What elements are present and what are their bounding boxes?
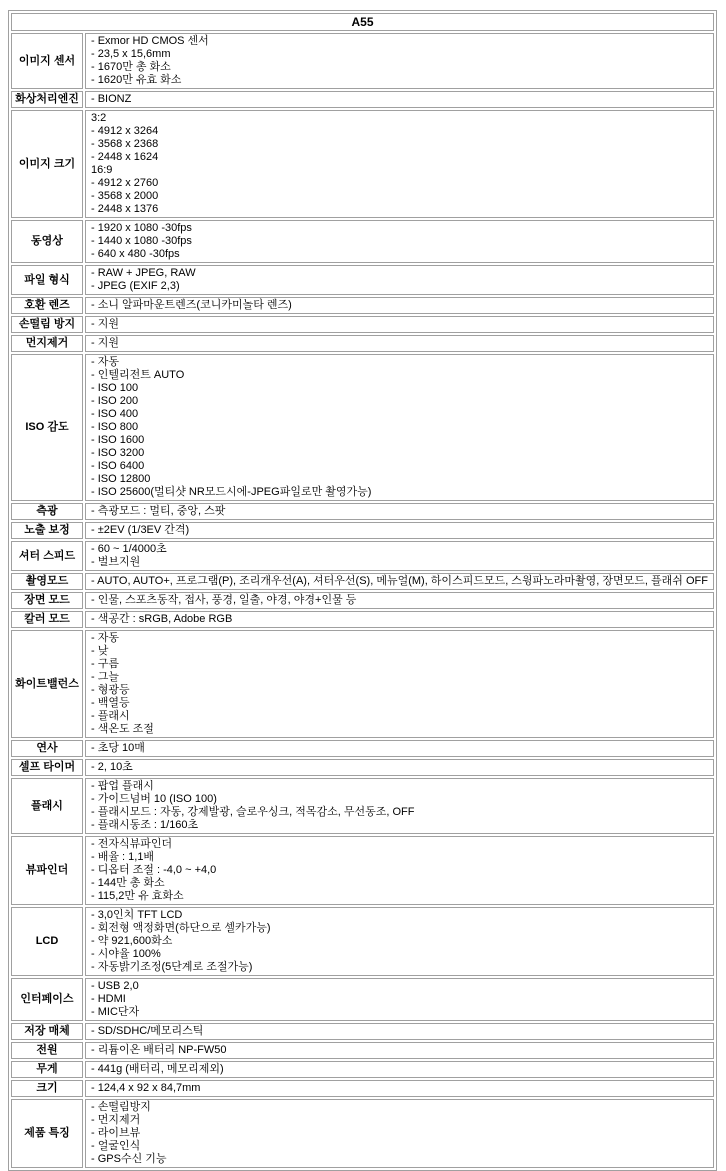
spec-value: - 인물, 스포츠동작, 접사, 풍경, 일출, 야경, 야경+인물 등 bbox=[85, 592, 714, 609]
spec-value: - 자동 - 낮 - 구름 - 그늘 - 형광등 - 백열등 - 플래시 - 색… bbox=[85, 630, 714, 738]
spec-label: 동영상 bbox=[11, 220, 83, 263]
spec-label: 저장 매체 bbox=[11, 1023, 83, 1040]
spec-row: 저장 매체- SD/SDHC/메모리스틱 bbox=[11, 1023, 714, 1040]
spec-row: 칼러 모드- 색공간 : sRGB, Adobe RGB bbox=[11, 611, 714, 628]
spec-row: 뷰파인더- 전자식뷰파인더 - 배율 : 1,1배 - 디옵터 조절 : -4,… bbox=[11, 836, 714, 905]
spec-value: - 441g (배터리, 메모리제외) bbox=[85, 1061, 714, 1078]
spec-row: 인터페이스- USB 2,0 - HDMI - MIC단자 bbox=[11, 978, 714, 1021]
spec-value: - 리튬이온 배터리 NP-FW50 bbox=[85, 1042, 714, 1059]
spec-label: 인터페이스 bbox=[11, 978, 83, 1021]
spec-value: - 전자식뷰파인더 - 배율 : 1,1배 - 디옵터 조절 : -4,0 ~ … bbox=[85, 836, 714, 905]
spec-value: - 색공간 : sRGB, Adobe RGB bbox=[85, 611, 714, 628]
spec-row: 크기- 124,4 x 92 x 84,7mm bbox=[11, 1080, 714, 1097]
spec-row: 플래시- 팝업 플래시 - 가이드넘버 10 (ISO 100) - 플래시모드… bbox=[11, 778, 714, 834]
camera-spec-table: A55 이미지 센서- Exmor HD CMOS 센서 - 23,5 x 15… bbox=[8, 10, 717, 1171]
spec-value: - 지원 bbox=[85, 335, 714, 352]
spec-row: 호환 렌즈- 소니 알파마운트렌즈(코니카미놀타 렌즈) bbox=[11, 297, 714, 314]
spec-label: 연사 bbox=[11, 740, 83, 757]
spec-label: 호환 렌즈 bbox=[11, 297, 83, 314]
spec-label: 이미지 크기 bbox=[11, 110, 83, 218]
spec-row: 파일 형식- RAW + JPEG, RAW - JPEG (EXIF 2,3) bbox=[11, 265, 714, 295]
spec-value: - USB 2,0 - HDMI - MIC단자 bbox=[85, 978, 714, 1021]
spec-label: 장면 모드 bbox=[11, 592, 83, 609]
spec-row: 측광- 측광모드 : 멀티, 중앙, 스팟 bbox=[11, 503, 714, 520]
spec-table-head: A55 bbox=[11, 13, 714, 31]
spec-label: 손떨림 방지 bbox=[11, 316, 83, 333]
spec-label: 제품 특징 bbox=[11, 1099, 83, 1168]
spec-value: - AUTO, AUTO+, 프로그램(P), 조리개우선(A), 셔터우선(S… bbox=[85, 573, 714, 590]
spec-value: - RAW + JPEG, RAW - JPEG (EXIF 2,3) bbox=[85, 265, 714, 295]
spec-row: LCD- 3,0인치 TFT LCD - 회전형 액정화면(하단으로 셀카가능)… bbox=[11, 907, 714, 976]
spec-label: 먼지제거 bbox=[11, 335, 83, 352]
spec-value: - BIONZ bbox=[85, 91, 714, 108]
spec-value: - 소니 알파마운트렌즈(코니카미놀타 렌즈) bbox=[85, 297, 714, 314]
spec-label: 파일 형식 bbox=[11, 265, 83, 295]
spec-label: 셔터 스피드 bbox=[11, 541, 83, 571]
spec-label: LCD bbox=[11, 907, 83, 976]
spec-row: 노출 보정- ±2EV (1/3EV 간격) bbox=[11, 522, 714, 539]
spec-value: - 측광모드 : 멀티, 중앙, 스팟 bbox=[85, 503, 714, 520]
spec-row: 화상처리엔진- BIONZ bbox=[11, 91, 714, 108]
spec-value: - 3,0인치 TFT LCD - 회전형 액정화면(하단으로 셀카가능) - … bbox=[85, 907, 714, 976]
model-title: A55 bbox=[11, 13, 714, 31]
spec-row: 연사- 초당 10매 bbox=[11, 740, 714, 757]
spec-label: 무게 bbox=[11, 1061, 83, 1078]
spec-row: 동영상- 1920 x 1080 -30fps - 1440 x 1080 -3… bbox=[11, 220, 714, 263]
spec-label: 플래시 bbox=[11, 778, 83, 834]
spec-value: - SD/SDHC/메모리스틱 bbox=[85, 1023, 714, 1040]
spec-value: - 자동 - 인텔리전트 AUTO - ISO 100 - ISO 200 - … bbox=[85, 354, 714, 501]
spec-label: 노출 보정 bbox=[11, 522, 83, 539]
spec-row: 손떨림 방지- 지원 bbox=[11, 316, 714, 333]
spec-label: 뷰파인더 bbox=[11, 836, 83, 905]
spec-value: - 60 ~ 1/4000초 - 벌브지원 bbox=[85, 541, 714, 571]
spec-row: 먼지제거- 지원 bbox=[11, 335, 714, 352]
spec-label: 셀프 타이머 bbox=[11, 759, 83, 776]
spec-row: 촬영모드- AUTO, AUTO+, 프로그램(P), 조리개우선(A), 셔터… bbox=[11, 573, 714, 590]
spec-row: 이미지 크기3:2 - 4912 x 3264 - 3568 x 2368 - … bbox=[11, 110, 714, 218]
spec-value: - 124,4 x 92 x 84,7mm bbox=[85, 1080, 714, 1097]
spec-value: - ±2EV (1/3EV 간격) bbox=[85, 522, 714, 539]
spec-row: 제품 특징- 손떨림방지 - 먼지제거 - 라이브뷰 - 얼굴인식 - GPS수… bbox=[11, 1099, 714, 1168]
spec-row: 전원- 리튬이온 배터리 NP-FW50 bbox=[11, 1042, 714, 1059]
spec-row: 장면 모드- 인물, 스포츠동작, 접사, 풍경, 일출, 야경, 야경+인물 … bbox=[11, 592, 714, 609]
spec-label: 화이트밸런스 bbox=[11, 630, 83, 738]
spec-label: 전원 bbox=[11, 1042, 83, 1059]
spec-label: 촬영모드 bbox=[11, 573, 83, 590]
spec-label: 칼러 모드 bbox=[11, 611, 83, 628]
spec-label: 화상처리엔진 bbox=[11, 91, 83, 108]
spec-table-body: 이미지 센서- Exmor HD CMOS 센서 - 23,5 x 15,6mm… bbox=[11, 33, 714, 1168]
title-row: A55 bbox=[11, 13, 714, 31]
spec-label: ISO 감도 bbox=[11, 354, 83, 501]
spec-row: 이미지 센서- Exmor HD CMOS 센서 - 23,5 x 15,6mm… bbox=[11, 33, 714, 89]
spec-row: 셔터 스피드- 60 ~ 1/4000초 - 벌브지원 bbox=[11, 541, 714, 571]
spec-row: 셀프 타이머- 2, 10초 bbox=[11, 759, 714, 776]
spec-row: 무게- 441g (배터리, 메모리제외) bbox=[11, 1061, 714, 1078]
spec-value: - 손떨림방지 - 먼지제거 - 라이브뷰 - 얼굴인식 - GPS수신 기능 bbox=[85, 1099, 714, 1168]
spec-value: - 2, 10초 bbox=[85, 759, 714, 776]
spec-row: 화이트밸런스- 자동 - 낮 - 구름 - 그늘 - 형광등 - 백열등 - 플… bbox=[11, 630, 714, 738]
spec-label: 이미지 센서 bbox=[11, 33, 83, 89]
spec-row: ISO 감도- 자동 - 인텔리전트 AUTO - ISO 100 - ISO … bbox=[11, 354, 714, 501]
spec-label: 크기 bbox=[11, 1080, 83, 1097]
spec-value: - 초당 10매 bbox=[85, 740, 714, 757]
spec-value: - 지원 bbox=[85, 316, 714, 333]
spec-value: 3:2 - 4912 x 3264 - 3568 x 2368 - 2448 x… bbox=[85, 110, 714, 218]
spec-value: - Exmor HD CMOS 센서 - 23,5 x 15,6mm - 167… bbox=[85, 33, 714, 89]
spec-value: - 팝업 플래시 - 가이드넘버 10 (ISO 100) - 플래시모드 : … bbox=[85, 778, 714, 834]
spec-value: - 1920 x 1080 -30fps - 1440 x 1080 -30fp… bbox=[85, 220, 714, 263]
spec-label: 측광 bbox=[11, 503, 83, 520]
